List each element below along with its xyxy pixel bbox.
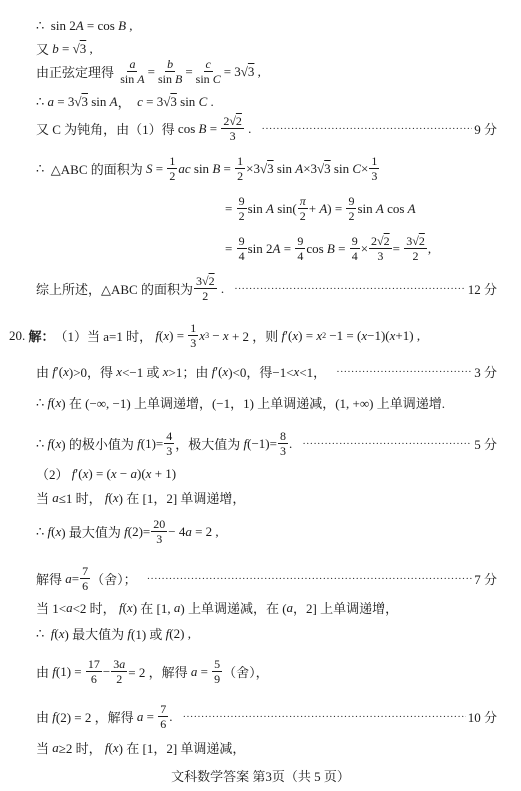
line-15: 当 a≤1 时， f(x) 在 [1，2] 单调递增， [36,488,497,507]
score-leader: ········································… [261,123,472,135]
line-3: 由正弦定理得 asin A= bsin B= csin C= 3√3 , [36,58,497,85]
solution-label: 解： [29,326,55,345]
score-10: 10 分 [468,707,497,726]
score-5: 5 分 [474,434,497,453]
score-leader: ········································… [336,366,472,378]
line-6: ∴ △ABC 的面积为 S = 12ac sin B = 12×3√3 sin … [36,155,497,182]
score-12: 12 分 [468,279,497,298]
line-21: 由 f(2) = 2 ，解得 a = 76. ·················… [36,703,497,730]
line-18: 当 1<a<2 时， f(x) 在 [1, a) 上单调递减，在 (a，2] 上… [36,598,497,617]
line-11: 由 f′(x)>0，得 x<−1 或 x>1；由 f′(x)<0，得−1<x<1… [36,362,497,381]
question-20-header: 20. 解： （1）当 a=1 时， f(x) = 13x3 − x + 2 ，… [9,322,497,349]
score-7: 7 分 [474,569,497,588]
line-17: 解得 a=76（舍）； ····························… [36,565,497,592]
score-9: 9 分 [474,119,497,138]
page-footer: 文科数学答案 第3页（共 5 页） [0,766,521,785]
line-12: ∴ f(x) 在 (−∞, −1) 上单调递增，(−1，1) 上单调递减，(1,… [36,393,497,412]
line-4: ∴ a = 3√3 sin A， c = 3√3 sin C . [36,92,497,111]
line-22: 当 a≥2 时， f(x) 在 [1，2] 单调递减， [36,738,497,757]
line-20: 由 f(1) = 176−3a2= 2 ，解得 a = 59（舍）， [36,658,497,685]
score-leader: ········································… [302,438,472,450]
line-5: 又 C 为钝角，由（1）得 cos B = 2√23 . ···········… [36,115,497,142]
line-9: 综上所述，△ABC 的面积为 3√22 . ··················… [36,275,497,302]
line-19: ∴ f(x) 最大值为 f(1) 或 f(2) , [36,624,497,643]
line-1: ∴ sin 2A = cos B , [36,18,497,34]
line-8: = 94sin 2A = 94cos B = 94×2√23= 3√22, [225,235,497,262]
score-leader: ········································… [182,711,465,723]
score-3: 3 分 [474,362,497,381]
score-leader: ········································… [234,283,466,295]
line-14: （2） f′(x) = (x − a)(x + 1) [36,464,497,483]
line-13: ∴ f(x) 的极小值为 f(1)=43，极大值为 f(−1)=83. ····… [36,430,497,457]
therefore-symbol: ∴ [36,18,44,34]
line-16: ∴ f(x) 最大值为 f(2)=203− 4a = 2 , [36,518,497,545]
line-2: 又 b = √3 , [36,39,497,58]
score-leader: ········································… [147,573,473,585]
line-7: = 92sin A sin(π2+ A) = 92sin A cos A [225,195,497,222]
question-number: 20. [9,328,25,344]
